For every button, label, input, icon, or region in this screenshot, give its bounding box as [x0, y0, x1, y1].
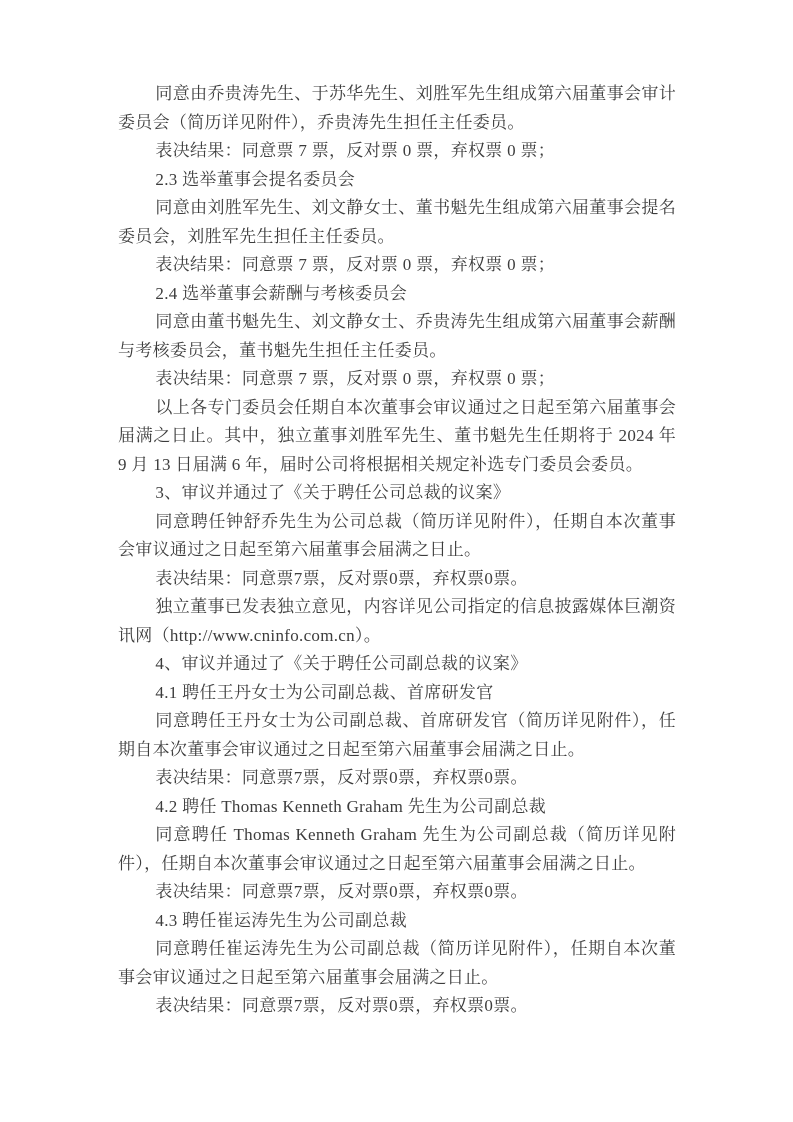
paragraph-committee-term: 以上各专门委员会任期自本次董事会审议通过之日起至第六届董事会届满之日止。其中，独… — [118, 394, 676, 480]
paragraph-vp-wang-dan: 同意聘任王丹女士为公司副总裁、首席研发官（简历详见附件），任期自本次董事会审议通… — [118, 707, 676, 764]
paragraph-remuneration-committee: 同意由董书魁先生、刘文静女士、乔贵涛先生组成第六届董事会薪酬与考核委员会，董书魁… — [118, 308, 676, 365]
paragraph-vp-thomas-graham: 同意聘任 Thomas Kenneth Graham 先生为公司副总裁（简历详见… — [118, 821, 676, 878]
paragraph-independent-opinion: 独立董事已发表独立意见，内容详见公司指定的信息披露媒体巨潮资讯网（http://… — [118, 593, 676, 650]
heading-section-4-2: 4.2 聘任 Thomas Kenneth Graham 先生为公司副总裁 — [118, 793, 676, 822]
document-page: 同意由乔贵涛先生、于苏华先生、刘胜军先生组成第六届董事会审计委员会（简历详见附件… — [0, 0, 793, 1122]
vote-result-nomination-committee: 表决结果：同意票 7 票，反对票 0 票，弃权票 0 票； — [118, 251, 676, 280]
paragraph-audit-committee: 同意由乔贵涛先生、于苏华先生、刘胜军先生组成第六届董事会审计委员会（简历详见附件… — [118, 80, 676, 137]
vote-result-vp-thomas-graham: 表决结果：同意票7票，反对票0票，弃权票0票。 — [118, 878, 676, 907]
heading-item-3-president: 3、审议并通过了《关于聘任公司总裁的议案》 — [118, 479, 676, 508]
heading-section-2-4: 2.4 选举董事会薪酬与考核委员会 — [118, 280, 676, 309]
paragraph-vp-cui-yuntao: 同意聘任崔运涛先生为公司副总裁（简历详见附件），任期自本次董事会审议通过之日起至… — [118, 935, 676, 992]
vote-result-audit-committee: 表决结果：同意票 7 票，反对票 0 票，弃权票 0 票； — [118, 137, 676, 166]
vote-result-remuneration-committee: 表决结果：同意票 7 票，反对票 0 票，弃权票 0 票； — [118, 365, 676, 394]
heading-section-4-3: 4.3 聘任崔运涛先生为公司副总裁 — [118, 907, 676, 936]
heading-section-4-1: 4.1 聘任王丹女士为公司副总裁、首席研发官 — [118, 679, 676, 708]
vote-result-president: 表决结果：同意票7票，反对票0票，弃权票0票。 — [118, 565, 676, 594]
document-body: 同意由乔贵涛先生、于苏华先生、刘胜军先生组成第六届董事会审计委员会（简历详见附件… — [118, 80, 676, 1021]
heading-section-2-3: 2.3 选举董事会提名委员会 — [118, 166, 676, 195]
vote-result-vp-wang-dan: 表决结果：同意票7票，反对票0票，弃权票0票。 — [118, 764, 676, 793]
vote-result-vp-cui-yuntao: 表决结果：同意票7票，反对票0票，弃权票0票。 — [118, 992, 676, 1021]
heading-item-4-vice-president: 4、审议并通过了《关于聘任公司副总裁的议案》 — [118, 650, 676, 679]
paragraph-nomination-committee: 同意由刘胜军先生、刘文静女士、董书魁先生组成第六届董事会提名委员会，刘胜军先生担… — [118, 194, 676, 251]
paragraph-president-appointment: 同意聘任钟舒乔先生为公司总裁（简历详见附件），任期自本次董事会审议通过之日起至第… — [118, 508, 676, 565]
